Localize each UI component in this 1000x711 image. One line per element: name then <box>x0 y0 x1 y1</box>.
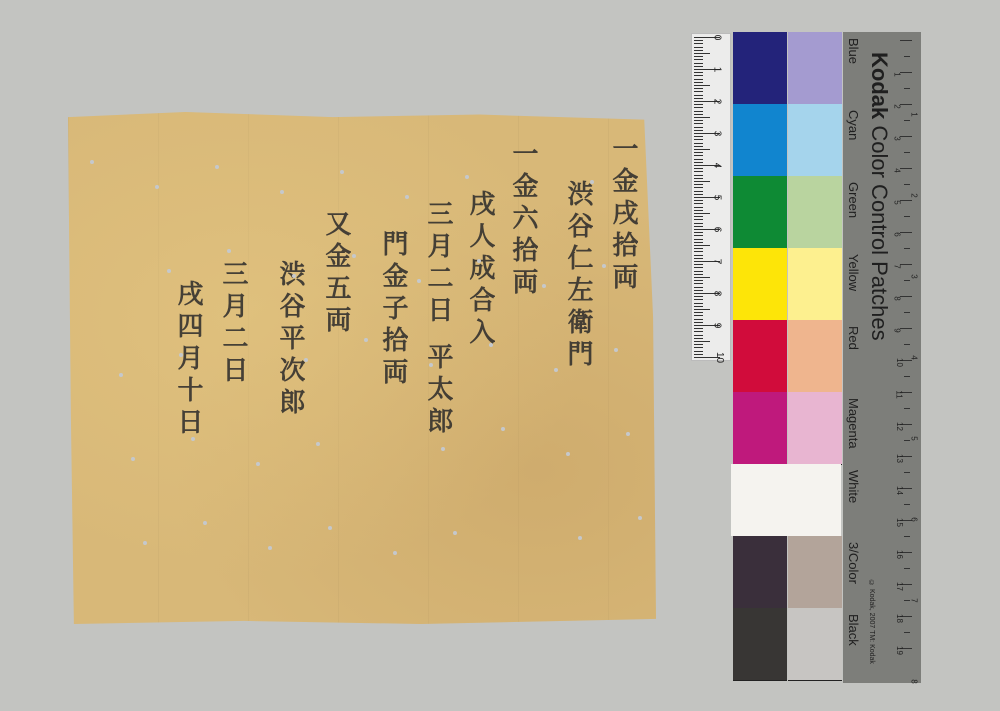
paper-wormhole <box>179 353 183 357</box>
paper-wormhole <box>167 269 171 273</box>
paper-wormhole <box>203 521 207 525</box>
scale-tick <box>904 56 910 57</box>
manuscript-column: 又金五両 <box>318 210 355 338</box>
scale-tick <box>900 296 912 297</box>
patch-3-color-dark <box>733 536 787 609</box>
paper-wormhole <box>268 546 272 550</box>
ruler-tick <box>694 95 703 96</box>
paper-wormhole <box>304 358 308 362</box>
ruler-tick <box>694 248 703 249</box>
ruler-label: 5 <box>711 195 722 201</box>
paper-wormhole <box>626 432 630 436</box>
scale-tick <box>904 312 910 313</box>
ruler-tick <box>694 351 703 352</box>
scale-cm-label: 15 <box>895 518 904 527</box>
ruler-tick <box>694 139 703 140</box>
ruler-tick <box>694 155 703 156</box>
scale-cm-label: 12 <box>895 422 904 431</box>
ruler-tick <box>694 171 703 172</box>
ruler-label: 0 <box>711 35 722 41</box>
ruler-tick <box>694 315 703 316</box>
scale-inch-label: 3 <box>910 274 919 278</box>
manuscript-column: 渋谷仁左衛門 <box>560 180 597 372</box>
patch-cyan-light <box>788 104 842 177</box>
ruler-tick <box>694 53 710 54</box>
ruler-tick <box>694 354 703 355</box>
ruler-label: 9 <box>711 323 722 329</box>
paper-wormhole <box>477 259 481 263</box>
ruler-label: 4 <box>711 163 722 169</box>
scale-inch-label: 6 <box>910 517 919 521</box>
paper-wormhole <box>155 185 159 189</box>
ruler-tick <box>694 152 703 153</box>
ruler-tick <box>694 213 710 214</box>
paper-wormhole <box>90 160 94 164</box>
patch-black-light <box>788 608 842 681</box>
patch-blue-dark <box>733 32 787 105</box>
manuscript-column: 三月二日 平太郎 <box>420 200 457 439</box>
ruler-tick <box>694 130 703 131</box>
scale-inch-label: 8 <box>910 679 919 683</box>
ruler-tick <box>694 146 703 147</box>
patch-red-light <box>788 320 842 393</box>
ruler-label: 2 <box>711 99 722 105</box>
scale-tick <box>904 152 910 153</box>
ruler-tick <box>694 104 703 105</box>
ruler-tick <box>694 203 703 204</box>
ruler-tick <box>694 181 710 182</box>
patch-black-dark <box>733 608 787 681</box>
scale-tick <box>904 632 910 633</box>
patch-label: Green <box>846 182 861 218</box>
paper-wormhole <box>501 427 505 431</box>
paper-wormhole <box>542 284 546 288</box>
ruler-tick <box>694 149 710 150</box>
kodak-title: Kodak Color Control Patches <box>866 52 892 341</box>
ruler-tick <box>694 88 703 89</box>
manuscript-column: 戌四月十日 <box>170 280 207 440</box>
manuscript-column: 三月二日 <box>215 260 252 388</box>
patch-blue-light <box>788 32 842 105</box>
scale-tick <box>904 568 910 569</box>
paper-wormhole <box>256 462 260 466</box>
scale-cm-label: 11 <box>895 390 904 398</box>
ruler-label: 1 <box>711 67 722 73</box>
ruler-tick <box>694 50 703 51</box>
scale-cm-label: 18 <box>895 614 904 623</box>
paper-wormhole <box>638 516 642 520</box>
scale-cm-label: 6 <box>893 232 902 236</box>
paper-wormhole <box>340 170 344 174</box>
ruler-tick <box>694 175 703 176</box>
ruler-tick <box>694 123 703 124</box>
paper-wormhole <box>489 343 493 347</box>
ruler-tick <box>694 255 703 256</box>
scale-tick <box>904 376 910 377</box>
ruler-tick <box>694 344 703 345</box>
patch-label: 3/Color <box>846 542 861 584</box>
ruler-tick <box>694 98 703 99</box>
patch-3-color-light <box>788 536 842 609</box>
scale-cm-label: 10 <box>895 358 904 367</box>
ruler-tick <box>694 223 703 224</box>
paper-wormhole <box>429 363 433 367</box>
scale-tick <box>904 248 910 249</box>
ruler-tick <box>694 338 703 339</box>
ruler-tick <box>694 287 703 288</box>
scale-inch-label: 1 <box>910 112 919 116</box>
ruler-tick <box>694 117 710 118</box>
patch-yellow-dark <box>733 248 787 321</box>
ruler-tick <box>694 303 703 304</box>
scale-tick <box>904 184 910 185</box>
patch-green-dark <box>733 176 787 249</box>
scale-cm-label: 16 <box>895 550 904 559</box>
paper-wormhole <box>566 452 570 456</box>
ruler-tick <box>694 85 710 86</box>
patch-magenta-light <box>788 392 842 465</box>
ruler-label: 8 <box>711 291 722 297</box>
ruler-tick <box>694 306 703 307</box>
paper-wormhole <box>393 551 397 555</box>
ruler-tick <box>694 328 703 329</box>
ruler-label: 7 <box>711 259 722 265</box>
scale-inch-label: 4 <box>910 355 919 359</box>
scale-inch-label: 7 <box>910 598 919 602</box>
ruler-tick <box>694 232 703 233</box>
ruler-tick <box>694 322 703 323</box>
ruler-tick <box>694 184 703 185</box>
ruler-tick <box>694 162 703 163</box>
scale-tick <box>900 200 912 201</box>
paper-wormhole <box>405 195 409 199</box>
ruler-tick <box>694 168 703 169</box>
ruler-tick <box>694 347 703 348</box>
scale-inch-label: 5 <box>910 436 919 440</box>
ruler-tick <box>694 309 710 310</box>
ruler-tick <box>694 274 703 275</box>
patch-label: Blue <box>846 38 861 64</box>
scale-tick <box>904 216 910 217</box>
paper-wormhole <box>590 180 594 184</box>
paper-wormhole <box>280 190 284 194</box>
scale-cm-label: 9 <box>893 328 902 332</box>
ruler-tick <box>694 312 703 313</box>
scale-cm-label: 19 <box>895 646 904 655</box>
patch-label: Black <box>846 614 861 646</box>
ruler-tick <box>694 341 710 342</box>
patch-label: Yellow <box>846 254 861 291</box>
scale-cm-label: 8 <box>893 296 902 300</box>
ruler-tick <box>694 191 703 192</box>
ruler-tick <box>694 75 703 76</box>
paper-wormhole <box>602 264 606 268</box>
patch-label: Cyan <box>846 110 861 140</box>
patch-label: Red <box>846 326 861 350</box>
paper-wormhole <box>554 368 558 372</box>
copyright-text: © Kodak, 2007 TM: Kodak <box>868 580 875 664</box>
ruler-tick <box>694 290 703 291</box>
ruler-tick <box>694 120 703 121</box>
paper-wormhole <box>292 274 296 278</box>
ruler-tick <box>694 239 703 240</box>
scale-cm-label: 5 <box>893 200 902 204</box>
scale-cm-label: 14 <box>895 486 904 495</box>
scale-tick <box>900 232 912 233</box>
ruler-tick <box>694 79 703 80</box>
ruler-tick <box>694 47 703 48</box>
paper-wormhole <box>614 348 618 352</box>
ruler-tick <box>694 200 703 201</box>
patch-label: White <box>846 470 861 503</box>
scale-inch-label: 2 <box>910 193 919 197</box>
scale-tick <box>904 504 910 505</box>
scale-tick <box>904 408 910 409</box>
manuscript-column: 戌人成合入 <box>462 190 499 350</box>
manuscript-column: 渋谷平次郎 <box>272 260 309 420</box>
ruler-tick <box>694 43 703 44</box>
ruler-tick <box>694 331 703 332</box>
scale-tick <box>900 168 912 169</box>
ruler-label: 6 <box>711 227 722 233</box>
paper-wormhole <box>453 531 457 535</box>
scale-tick <box>904 120 910 121</box>
scale-tick <box>904 536 910 537</box>
scale-cm-label: 2 <box>893 104 902 108</box>
ruler-tick <box>694 187 703 188</box>
ruler-tick <box>694 271 703 272</box>
patch-magenta-dark <box>733 392 787 465</box>
paper-wormhole <box>578 536 582 540</box>
patch-red-dark <box>733 320 787 393</box>
cm-ruler: 012345678910 <box>691 33 731 361</box>
ruler-tick <box>694 283 703 284</box>
ruler-tick <box>694 63 703 64</box>
ruler-tick <box>694 335 703 336</box>
paper-wormhole <box>364 338 368 342</box>
scale-cm-label: 4 <box>893 168 902 172</box>
ruler-tick <box>694 245 710 246</box>
paper-wormhole <box>191 437 195 441</box>
paper-wormhole <box>215 165 219 169</box>
paper-wormhole <box>143 541 147 545</box>
patch-cyan-dark <box>733 104 787 177</box>
paper-wormhole <box>352 254 356 258</box>
ruler-tick <box>694 159 703 160</box>
ruler-tick <box>694 258 703 259</box>
ruler-tick <box>694 178 703 179</box>
ruler-tick <box>694 111 703 112</box>
patch-yellow-light <box>788 248 842 321</box>
scale-tick <box>904 88 910 89</box>
ruler-tick <box>694 66 703 67</box>
scale-cm-label: 1 <box>893 72 902 76</box>
scale-cm-label: 3 <box>893 136 902 140</box>
ruler-tick <box>694 219 703 220</box>
ruler-tick <box>694 136 703 137</box>
ruler-tick <box>694 207 703 208</box>
scale-tick <box>904 344 910 345</box>
ruler-tick <box>694 143 703 144</box>
ruler-tick <box>694 235 703 236</box>
ruler-tick <box>694 319 703 320</box>
ruler-tick <box>694 251 703 252</box>
scale-tick <box>900 264 912 265</box>
ruler-tick <box>694 107 703 108</box>
paper-wormhole <box>417 279 421 283</box>
scale-tick <box>904 472 910 473</box>
ruler-tick <box>694 114 703 115</box>
scale-tick <box>900 72 912 73</box>
ruler-tick <box>694 277 710 278</box>
ruler-tick <box>694 242 703 243</box>
scale-tick <box>900 136 912 137</box>
ruler-tick <box>694 280 703 281</box>
scale-cm-label: 13 <box>895 454 904 463</box>
ruler-label: 10 <box>714 352 725 363</box>
manuscript-column: 一金戌拾両 <box>605 135 642 295</box>
scale-tick <box>900 328 912 329</box>
ruler-tick <box>694 59 703 60</box>
patch-green-light <box>788 176 842 249</box>
ruler-tick <box>694 267 703 268</box>
patch-white <box>731 464 841 536</box>
paper-wormhole <box>441 447 445 451</box>
scale-tick <box>900 104 912 105</box>
patch-label: Magenta <box>846 398 861 449</box>
scale-tick <box>900 40 912 41</box>
scale-tick <box>904 280 910 281</box>
manuscript-column: 一金六拾両 <box>505 140 542 300</box>
ruler-tick <box>694 40 703 41</box>
paper-wormhole <box>465 175 469 179</box>
paper-wormhole <box>227 249 231 253</box>
ruler-tick <box>694 82 703 83</box>
ruler-tick <box>694 127 703 128</box>
ruler-tick <box>694 194 703 195</box>
ruler-tick <box>694 56 703 57</box>
paper-wormhole <box>316 442 320 446</box>
manuscript-column: 門金子拾両 <box>375 230 412 390</box>
ruler-label: 3 <box>711 131 722 137</box>
ruler-tick <box>694 226 703 227</box>
ruler-tick <box>694 296 703 297</box>
scale-cm-label: 17 <box>895 582 904 591</box>
ruler-tick <box>694 216 703 217</box>
ruler-tick <box>694 210 703 211</box>
ruler-tick <box>694 264 703 265</box>
paper-wormhole <box>328 526 332 530</box>
ruler-tick <box>694 72 703 73</box>
ruler-tick <box>694 91 703 92</box>
paper-wormhole <box>119 373 123 377</box>
scale-cm-label: 7 <box>893 264 902 268</box>
paper-wormhole <box>131 457 135 461</box>
ruler-tick <box>694 299 703 300</box>
